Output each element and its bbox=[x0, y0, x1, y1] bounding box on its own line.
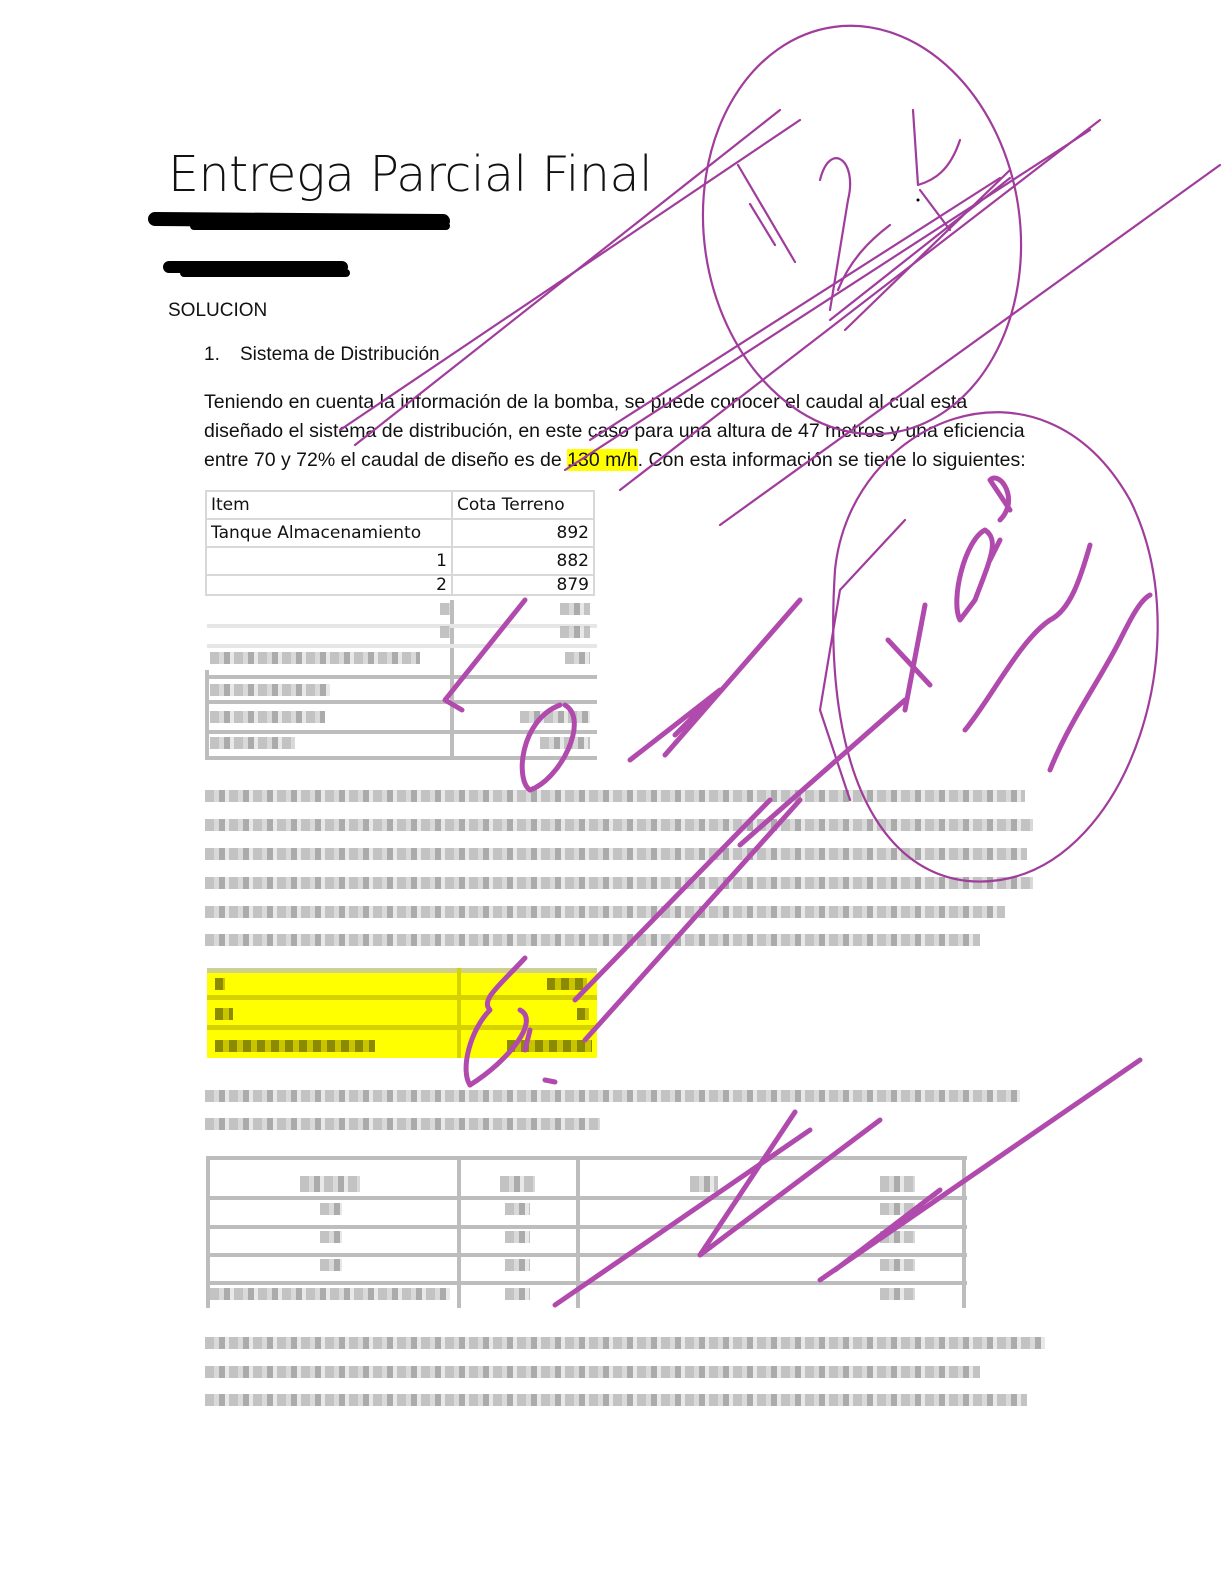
header-cota: Cota Terreno bbox=[452, 491, 594, 519]
document-page: Entrega Parcial Final SOLUCION 1.Sistema… bbox=[0, 0, 1224, 1584]
paragraph-line: entre 70 y 72% el caudal de diseño es de… bbox=[204, 446, 1064, 475]
section-label: SOLUCION bbox=[168, 300, 267, 322]
table-row: Tanque Almacenamiento 892 bbox=[206, 519, 594, 547]
intro-paragraph: Teniendo en cuenta la información de la … bbox=[204, 388, 1064, 475]
cota-terreno-table: Item Cota Terreno Tanque Almacenamiento … bbox=[205, 490, 595, 596]
list-number: 1. bbox=[204, 344, 240, 366]
header-item: Item bbox=[206, 491, 452, 519]
redacted-author-stroke bbox=[190, 222, 450, 230]
table-row: 1 882 bbox=[206, 547, 594, 575]
highlighted-flow-value: 130 m/h bbox=[567, 449, 637, 471]
list-item-distribution-system: 1.Sistema de Distribución bbox=[204, 344, 440, 366]
cell-item: 2 bbox=[206, 575, 452, 595]
list-label: Sistema de Distribución bbox=[240, 344, 440, 365]
bonus-circle-annotation bbox=[820, 412, 1158, 881]
table-header-row: Item Cota Terreno bbox=[206, 491, 594, 519]
bonus-handwriting bbox=[888, 478, 1150, 770]
cell-cota: 882 bbox=[452, 547, 594, 575]
table-row-clipped: 2 879 bbox=[206, 575, 594, 595]
paragraph-line: Teniendo en cuenta la información de la … bbox=[204, 388, 1064, 417]
cell-cota: 879 bbox=[452, 575, 594, 595]
cell-cota: 892 bbox=[452, 519, 594, 547]
cell-item: 1 bbox=[206, 547, 452, 575]
pixelated-highlighted-table bbox=[207, 968, 597, 1058]
redacted-id-stroke bbox=[180, 269, 350, 277]
cell-item: Tanque Almacenamiento bbox=[206, 519, 452, 547]
paragraph-line: diseñado el sistema de distribución, en … bbox=[204, 417, 1064, 446]
document-title: Entrega Parcial Final bbox=[168, 146, 652, 203]
